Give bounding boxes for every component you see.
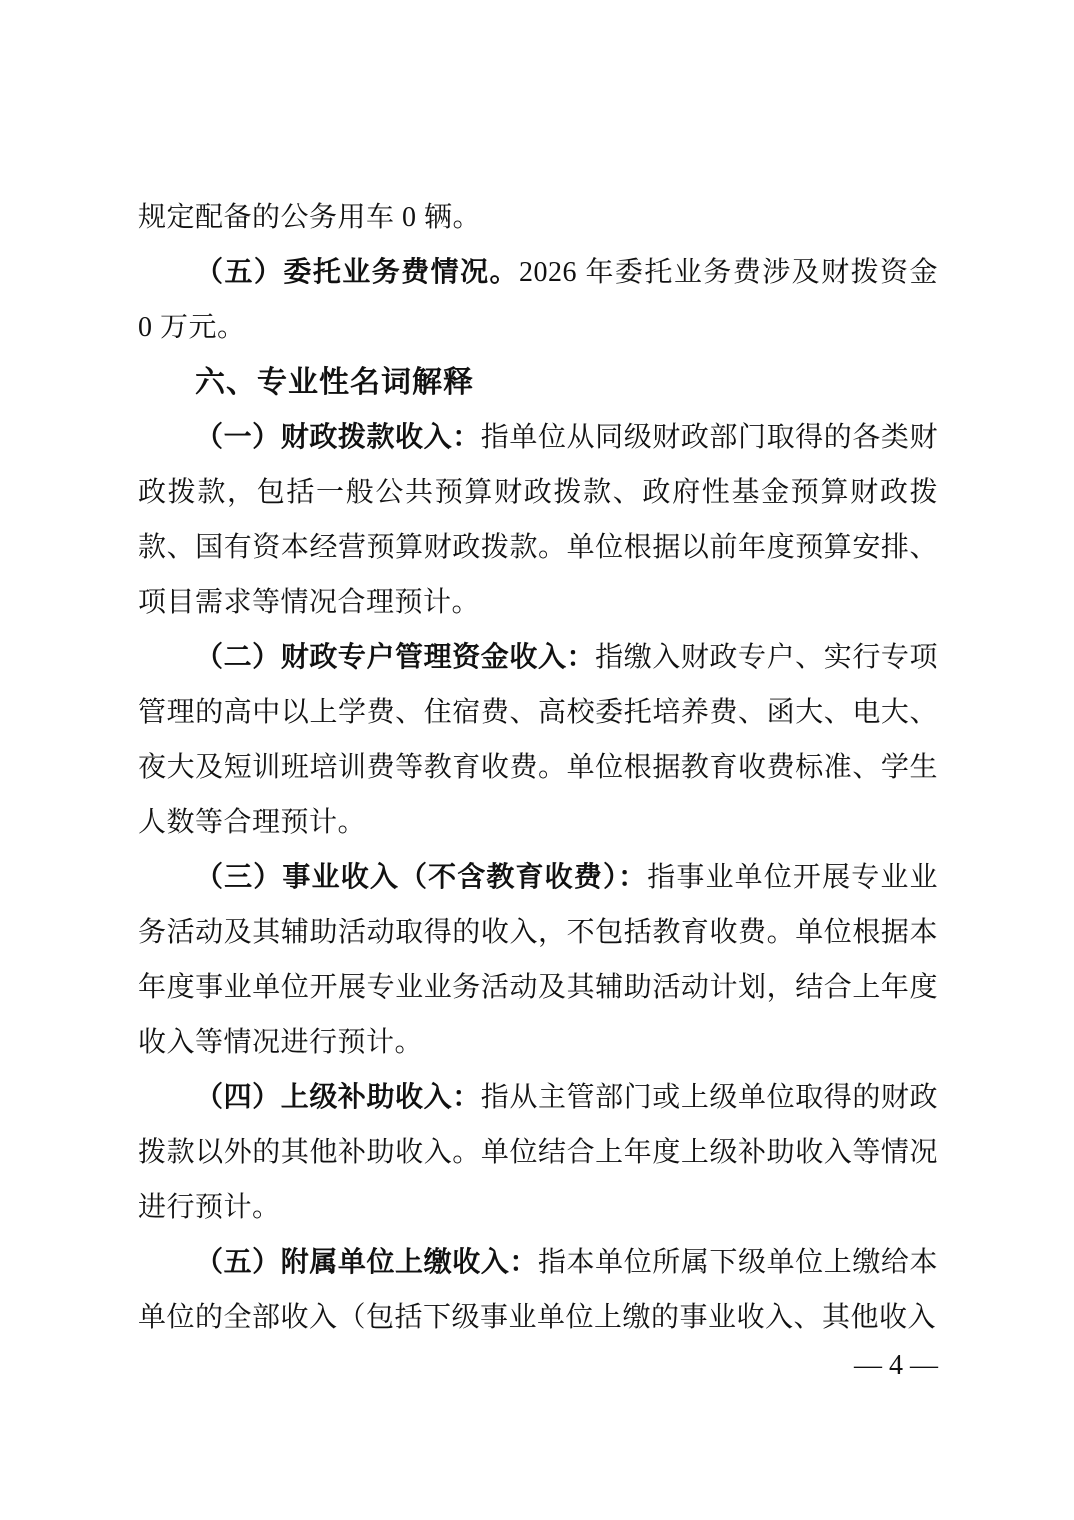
paragraph-lead: （二）财政专户管理资金收入： <box>195 642 595 673</box>
section-heading: 六、专业性名词解释 <box>138 355 938 410</box>
paragraph-lead: （四）上级补助收入： <box>195 1082 481 1113</box>
paragraph-lead: （五）附属单位上缴收入： <box>195 1247 538 1278</box>
paragraph: （四）上级补助收入：指从主管部门或上级单位取得的财政拨款以外的其他补助收入。单位… <box>138 1070 938 1235</box>
paragraph-lead: （三）事业收入（不含教育收费）： <box>195 862 647 893</box>
paragraph-lead: （五）委托业务费情况。 <box>195 257 519 288</box>
paragraph: （五）委托业务费情况。2026 年委托业务费涉及财拨资金 0 万元。 <box>138 245 938 355</box>
paragraph: （五）附属单位上缴收入：指本单位所属下级单位上缴给本单位的全部收入（包括下级事业… <box>138 1235 938 1345</box>
paragraph: （二）财政专户管理资金收入：指缴入财政专户、实行专项管理的高中以上学费、住宿费、… <box>138 630 938 850</box>
paragraph: 规定配备的公务用车 0 辆。 <box>138 190 938 245</box>
page-number: — 4 — <box>854 1349 938 1383</box>
document-body: 规定配备的公务用车 0 辆。（五）委托业务费情况。2026 年委托业务费涉及财拨… <box>138 190 938 1345</box>
paragraph: （三）事业收入（不含教育收费）：指事业单位开展专业业务活动及其辅助活动取得的收入… <box>138 850 938 1070</box>
paragraph: （一）财政拨款收入：指单位从同级财政部门取得的各类财政拨款，包括一般公共预算财政… <box>138 410 938 630</box>
document-page: 规定配备的公务用车 0 辆。（五）委托业务费情况。2026 年委托业务费涉及财拨… <box>0 0 1074 1520</box>
paragraph-text: 规定配备的公务用车 0 辆。 <box>138 202 481 233</box>
paragraph-lead: （一）财政拨款收入： <box>195 422 481 453</box>
